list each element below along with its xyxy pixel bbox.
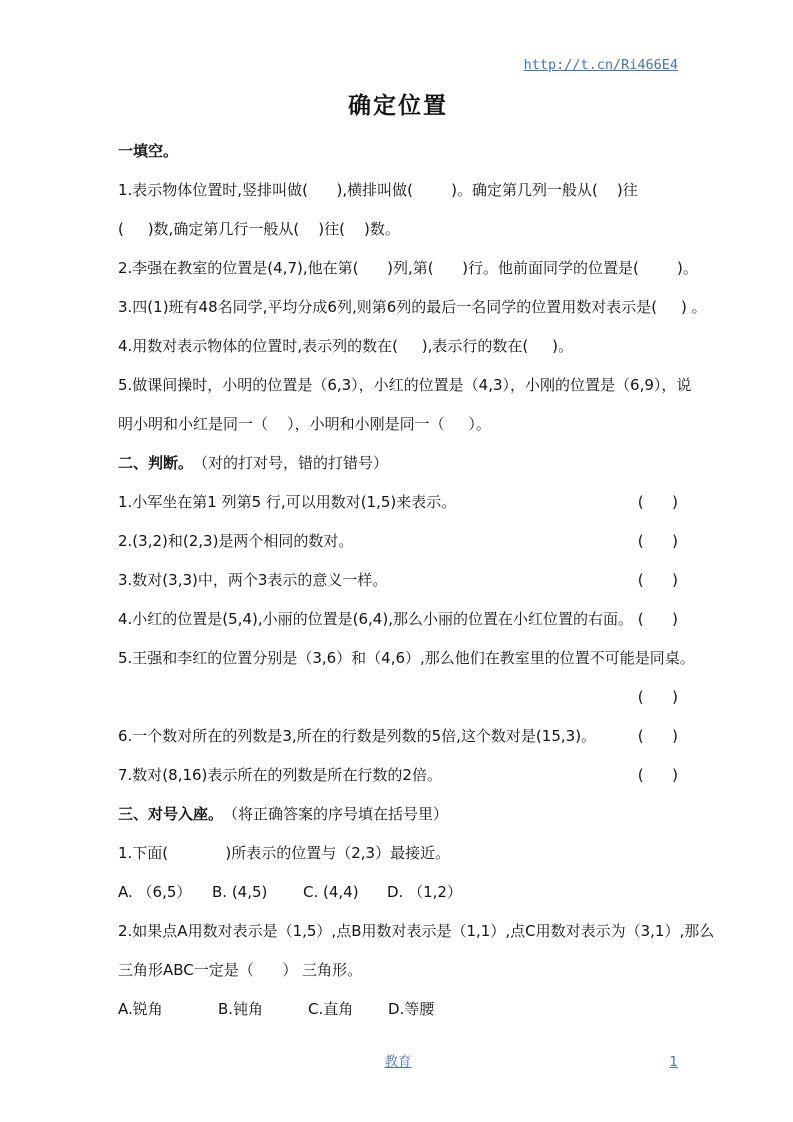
footer-center-link[interactable]: 教育 [385,1054,412,1070]
choice-q2-option-d: D.等腰 [388,998,434,1019]
choice-q1-option-a: A. （6,5） [118,881,212,902]
judge-item-7: 7.数对(8,16)表示所在的列数是所在行数的2倍。 ( ) [118,755,678,794]
section-judge-heading: 二、判断。（对的打对号，错的打错号） [118,443,678,482]
choice-q1-option-b: B. (4,5) [212,883,303,901]
judge-item-7-text: 7.数对(8,16)表示所在的列数是所在行数的2倍。 [118,764,442,785]
choice-q1-option-c: C. (4,4) [303,883,387,901]
fill-item-5-line-1: 5.做课间操时，小明的位置是（6,3），小红的位置是（4,3），小刚的位置是（6… [118,365,678,404]
section-choice-heading: 三、对号入座。（将正确答案的序号填在括号里） [118,794,678,833]
fill-item-4: 4.用数对表示物体的位置时,表示列的数在( ),表示行的数在( )。 [118,326,678,365]
page-title: 确定位置 [118,89,678,123]
source-url-link[interactable]: http://t.cn/Ri466E4 [524,57,678,73]
section-choice-heading-note: （将正确答案的序号填在括号里） [223,803,448,824]
judge-item-1-answer-blank: ( ) [638,493,678,511]
page-content: http://t.cn/Ri466E4 确定位置 一填空。 1.表示物体位置时,… [118,0,678,1028]
judge-item-7-answer-blank: ( ) [638,766,678,784]
fill-item-3: 3.四(1)班有48名同学,平均分成6列,则第6列的最后一名同学的位置用数对表示… [118,287,678,326]
choice-q1-option-d: D. （1,2） [387,881,462,902]
choice-question-2-line-1: 2.如果点A用数对表示是（1,5）,点B用数对表示是（1,1）,点C用数对表示为… [118,911,678,950]
judge-item-1-text: 1.小军坐在第1 列第5 行,可以用数对(1,5)来表示。 [118,491,456,512]
judge-item-5-blank-line: ( ) [118,677,678,716]
worksheet-body: 一填空。 1.表示物体位置时,竖排叫做( ),横排叫做( )。确定第几列一般从(… [118,131,678,1028]
section-judge-heading-note: （对的打对号，错的打错号） [193,452,388,473]
judge-item-3-text: 3.数对(3,3)中，两个3表示的意义一样。 [118,569,387,590]
section-fill-heading: 一填空。 [118,131,678,170]
page-footer: 教育 1 [118,1052,678,1072]
worksheet-page: http://t.cn/Ri466E4 确定位置 一填空。 1.表示物体位置时,… [0,0,793,1122]
fill-item-1-line-1: 1.表示物体位置时,竖排叫做( ),横排叫做( )。确定第几列一般从( )往 [118,170,678,209]
judge-item-3: 3.数对(3,3)中，两个3表示的意义一样。 ( ) [118,560,678,599]
section-judge-heading-text: 二、判断。 [118,452,193,473]
judge-item-4: 4.小红的位置是(5,4),小丽的位置是(6,4),那么小丽的位置在小红位置的右… [118,599,678,638]
choice-question-1: 1.下面( )所表示的位置与（2,3）最接近。 [118,833,678,872]
judge-item-5-text-line: 5.王强和李红的位置分别是（3,6）和（4,6）,那么他们在教室里的位置不可能是… [118,638,678,677]
header-link-row: http://t.cn/Ri466E4 [118,0,678,74]
judge-item-3-answer-blank: ( ) [638,571,678,589]
judge-item-2-text: 2.(3,2)和(2,3)是两个相同的数对。 [118,530,353,551]
choice-q2-option-a: A.锐角 [118,998,218,1019]
judge-item-6-text: 6.一个数对所在的列数是3,所在的行数是列数的5倍,这个数对是(15,3)。 [118,725,596,746]
fill-item-2: 2.李强在教室的位置是(4,7),他在第( )列,第( )行。他前面同学的位置是… [118,248,678,287]
page-number-link[interactable]: 1 [669,1052,678,1072]
judge-item-6: 6.一个数对所在的列数是3,所在的行数是列数的5倍,这个数对是(15,3)。 (… [118,716,678,755]
choice-q2-option-b: B.钝角 [218,998,308,1019]
judge-item-2: 2.(3,2)和(2,3)是两个相同的数对。 ( ) [118,521,678,560]
judge-item-1: 1.小军坐在第1 列第5 行,可以用数对(1,5)来表示。 ( ) [118,482,678,521]
judge-item-4-answer-blank: ( ) [638,610,678,628]
judge-item-6-answer-blank: ( ) [638,727,678,745]
judge-item-4-text: 4.小红的位置是(5,4),小丽的位置是(6,4),那么小丽的位置在小红位置的右… [118,608,633,629]
judge-item-5-text: 5.王强和李红的位置分别是（3,6）和（4,6）,那么他们在教室里的位置不可能是… [118,647,695,668]
choice-question-2-options: A.锐角 B.钝角 C.直角 D.等腰 [118,989,678,1028]
judge-item-2-answer-blank: ( ) [638,532,678,550]
judge-item-5-answer-blank: ( ) [638,688,678,706]
fill-item-5-line-2: 明小明和小红是同一（ ），小明和小刚是同一（ ）。 [118,404,678,443]
choice-question-2-line-2: 三角形ABC一定是（ ） 三角形。 [118,950,678,989]
choice-q2-option-c: C.直角 [308,998,388,1019]
choice-question-1-options: A. （6,5） B. (4,5) C. (4,4) D. （1,2） [118,872,678,911]
section-choice-heading-text: 三、对号入座。 [118,803,223,824]
section-fill-heading-text: 一填空。 [118,140,178,161]
fill-item-1-line-2: ( )数,确定第几行一般从( )往( )数。 [118,209,678,248]
